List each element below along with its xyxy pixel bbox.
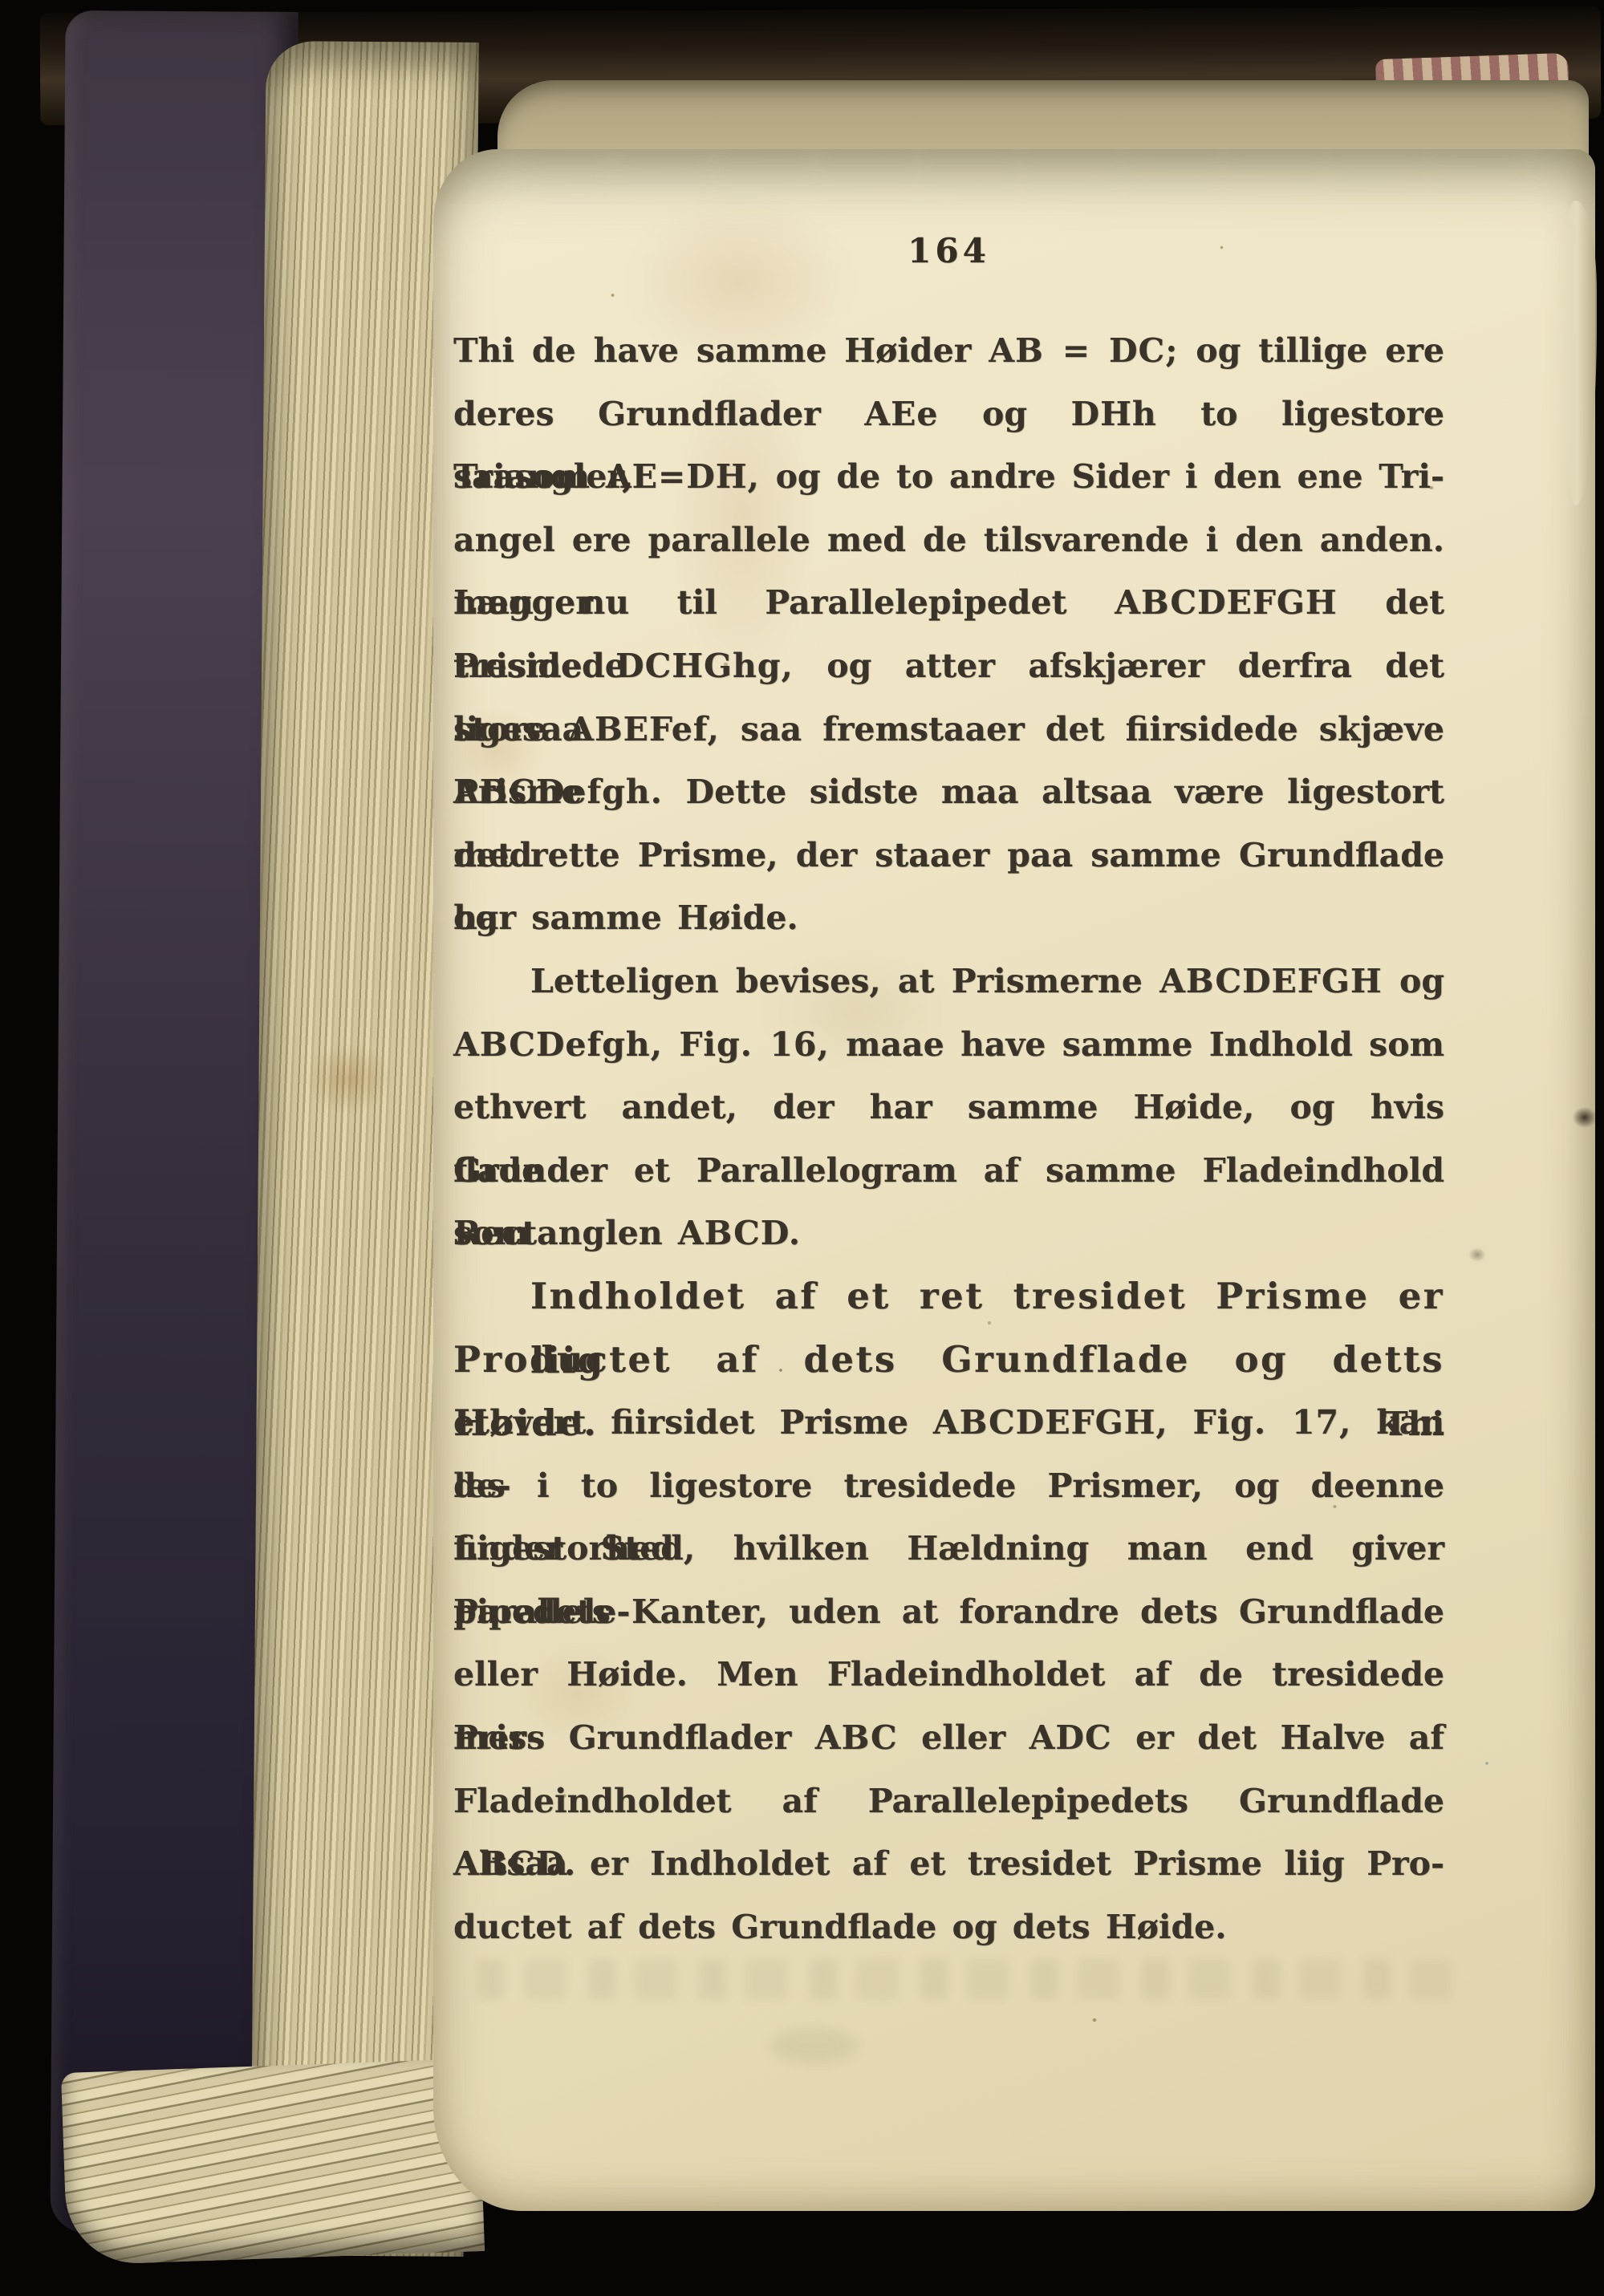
- text-line: eller Høide. Men Fladeindholdet af de tr…: [453, 1643, 1444, 1706]
- text-line: flade er et Parallelogram af samme Flade…: [453, 1139, 1444, 1203]
- text-line: saasom AE=DH, og de to andre Sider i den…: [453, 445, 1444, 509]
- text-line: deres Grundflader AEe og DHh to ligestor…: [453, 383, 1444, 446]
- page-number: 164: [453, 231, 1444, 270]
- latin-notation: ABCD.: [678, 1214, 801, 1252]
- verso-text-showthrough: [477, 1959, 1460, 1999]
- latin-notation: ADC: [1029, 1718, 1112, 1757]
- text-line: Thi de have samme Høider AB = DC; og til…: [453, 319, 1444, 383]
- fraktur-text: og de to andre Sider i den ene Tri-: [760, 457, 1444, 496]
- text-line: ethvert fiirsidet Prisme ABCDEFGH, Fig. …: [453, 1391, 1444, 1454]
- latin-notation: ABEFef,: [568, 710, 720, 748]
- text-line: Indholdet af et ret tresidet Prisme er l…: [453, 1265, 1444, 1329]
- text-line: Rectanglen ABCD.: [453, 1202, 1444, 1265]
- fraktur-text: ethvert fiirsidet Prisme: [453, 1403, 933, 1442]
- text-line: ethvert andet, der har samme Høide, og h…: [453, 1076, 1444, 1139]
- fraktur-text: er det Halve af: [1112, 1718, 1444, 1757]
- fraktur-text: eller: [898, 1718, 1029, 1757]
- fraktur-text: og: [938, 395, 1070, 433]
- fraktur-text: ductet af dets Grundflade og dets Høide.: [453, 1908, 1227, 1946]
- text-line: Prisme DCHGhg, og atter afskjærer derfra…: [453, 635, 1444, 698]
- latin-notation: AE=DH,: [606, 457, 760, 496]
- ink-smudge: [1468, 1247, 1486, 1262]
- latin-notation: AB = DC;: [989, 331, 1178, 370]
- latin-notation: ABCDEFGH,: [933, 1403, 1168, 1442]
- page-text-lines: Thi de have samme Høider AB = DC; og til…: [453, 319, 1444, 1958]
- fraktur-text: Fladeindholdet af Parallelepipedets Grun…: [453, 1782, 1444, 1820]
- latin-notation: ABCDEFGH: [1159, 962, 1383, 1000]
- ink-smudge: [1573, 1107, 1597, 1128]
- text-line: mers Grundflader ABC eller ADC er det Ha…: [453, 1706, 1444, 1770]
- latin-notation: Fig. 16,: [679, 1025, 829, 1064]
- text-line: Letteligen bevises, at Prismerne ABCDEFG…: [453, 950, 1444, 1013]
- page-stack-bottom-corners: [61, 2059, 485, 2266]
- verso-text-showthrough: [770, 2028, 859, 2063]
- fraktur-text: har samme Høide.: [453, 899, 798, 937]
- text-line: Productet af dets Grundflade og detts Hø…: [453, 1329, 1444, 1392]
- text-line: har samme Høide.: [453, 886, 1444, 950]
- text-line: ABCDefgh. Dette sidste maa altsaa være l…: [453, 761, 1444, 824]
- fraktur-text: Altsaa er Indholdet af et tresidet Prism…: [453, 1844, 1444, 1883]
- text-line: finder Sted, hvilken Hældning man end gi…: [453, 1517, 1444, 1580]
- latin-notation: ABCDefgh,: [453, 1025, 663, 1064]
- text-line: les i to ligestore tresidede Prismer, og…: [453, 1454, 1444, 1518]
- text-line: store ABEFef, saa fremstaaer det fiirsid…: [453, 698, 1444, 761]
- text-line: det rette Prisme, der staaer paa samme G…: [453, 824, 1444, 887]
- fraktur-text: mers Grundflader: [453, 1718, 815, 1757]
- text-line: Fladeindholdet af Parallelepipedets Grun…: [453, 1770, 1444, 1833]
- fraktur-text: og: [1383, 962, 1444, 1000]
- fraktur-text: saasom: [453, 457, 606, 496]
- text-line: Altsaa er Indholdet af et tresidet Prism…: [453, 1832, 1444, 1896]
- fraktur-text: deres Grundflader: [453, 395, 864, 433]
- latin-notation: AEe: [864, 395, 938, 433]
- fraktur-text: pipedets Kanter, uden at forandre dets G…: [453, 1592, 1444, 1631]
- fraktur-text: maae have samme Indhold som: [830, 1025, 1444, 1064]
- text-line: man nu til Parallelepipedet ABCDEFGH det…: [453, 571, 1444, 635]
- fraktur-text: Rectanglen: [453, 1214, 678, 1252]
- latin-notation: ABCDefgh.: [453, 773, 663, 811]
- latin-notation: DCHGhg,: [615, 647, 794, 685]
- text-line: ductet af dets Grundflade og dets Høide.: [453, 1896, 1444, 1959]
- text-line: ABCDefgh, Fig. 16, maae have samme Indho…: [453, 1013, 1444, 1077]
- fraktur-text: store: [453, 710, 568, 748]
- text-line: angel ere parallele med de tilsvarende i…: [453, 509, 1444, 572]
- fraktur-text: og tillige ere: [1178, 331, 1444, 370]
- fraktur-text: [663, 1025, 679, 1064]
- fraktur-text: Letteligen bevises, at Prismerne: [530, 962, 1159, 1000]
- latin-notation: ABC: [815, 1718, 898, 1757]
- latin-notation: ABCDEFGH: [1115, 583, 1338, 622]
- fraktur-text: man nu til Parallelepipedet: [453, 583, 1115, 622]
- fraktur-text: [1168, 1403, 1193, 1442]
- latin-notation: DHh: [1071, 395, 1157, 433]
- latin-notation: Fig. 17,: [1193, 1403, 1352, 1442]
- text-line: pipedets Kanter, uden at forandre dets G…: [453, 1580, 1444, 1644]
- fraktur-text: Thi de have samme Høider: [453, 331, 989, 370]
- book-scan-photo: { "book": { "description": "Scanned left…: [0, 0, 1604, 2296]
- fraktur-text: Prisme: [453, 647, 615, 685]
